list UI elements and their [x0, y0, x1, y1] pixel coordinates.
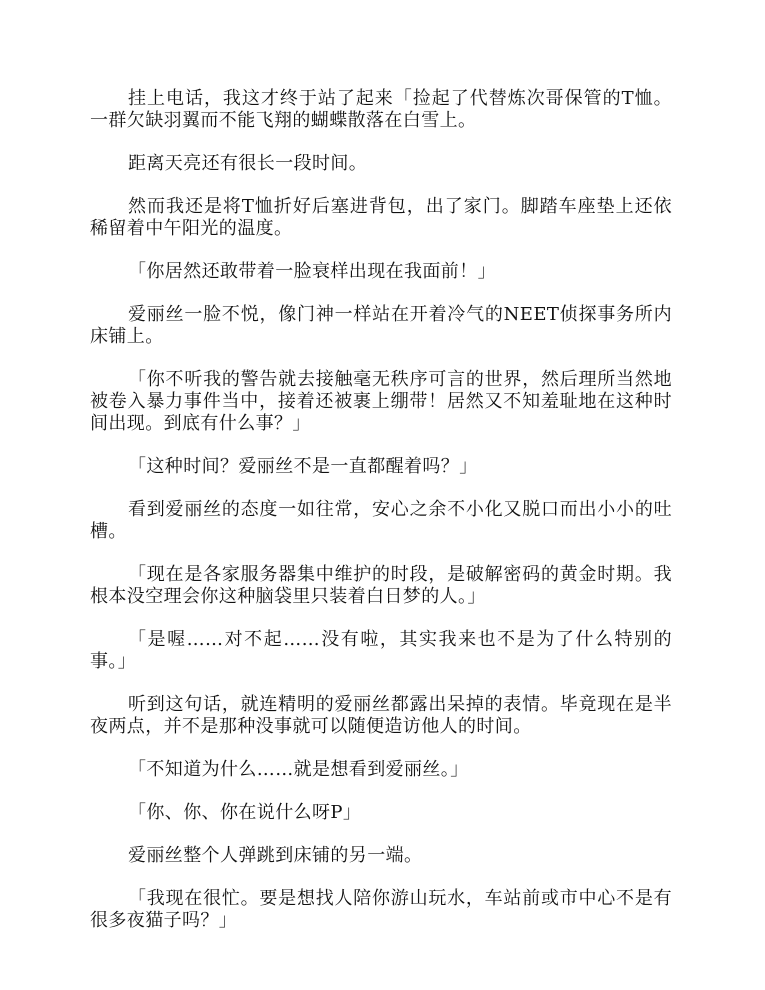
- paragraph: 「是喔……对不起……没有啦，其实我来也不是为了什么特别的事。」: [90, 629, 672, 673]
- paragraph: 爱丽丝整个人弹跳到床铺的另一端。: [90, 845, 672, 867]
- paragraph: 挂上电话，我这才终于站了起来「捡起了代替炼次哥保管的T恤。一群欠缺羽翼而不能飞翔…: [90, 88, 672, 132]
- paragraph: 「现在是各家服务器集中维护的时段，是破解密码的黄金时期。我根本没空理会你这种脑袋…: [90, 564, 672, 608]
- paragraph: 「你不听我的警告就去接触毫无秩序可言的世界，然后理所当然地被卷入暴力事件当中，接…: [90, 369, 672, 435]
- document-page: 挂上电话，我这才终于站了起来「捡起了代替炼次哥保管的T恤。一群欠缺羽翼而不能飞翔…: [90, 88, 672, 953]
- paragraph: 然而我还是将T恤折好后塞进背包，出了家门。脚踏车座垫上还依稀留着中午阳光的温度。: [90, 196, 672, 240]
- paragraph: 看到爱丽丝的态度一如往常，安心之余不小化又脱口而出小小的吐槽。: [90, 499, 672, 543]
- paragraph: 「不知道为什么……就是想看到爱丽丝。」: [90, 759, 672, 781]
- paragraph: 「这种时间？爱丽丝不是一直都醒着吗？」: [90, 456, 672, 478]
- paragraph: 「我现在很忙。要是想找人陪你游山玩水，车站前或市中心不是有很多夜猫子吗？」: [90, 888, 672, 932]
- paragraph: 距离天亮还有很长一段时间。: [90, 153, 672, 175]
- paragraph: 「你居然还敢带着一脸衰样出现在我面前！」: [90, 261, 672, 283]
- paragraph: 「你、你、你在说什么呀P」: [90, 802, 672, 824]
- paragraph: 爱丽丝一脸不悦，像门神一样站在开着冷气的NEET侦探事务所内床铺上。: [90, 304, 672, 348]
- paragraph: 听到这句话，就连精明的爱丽丝都露出呆掉的表情。毕竟现在是半夜两点，并不是那种没事…: [90, 694, 672, 738]
